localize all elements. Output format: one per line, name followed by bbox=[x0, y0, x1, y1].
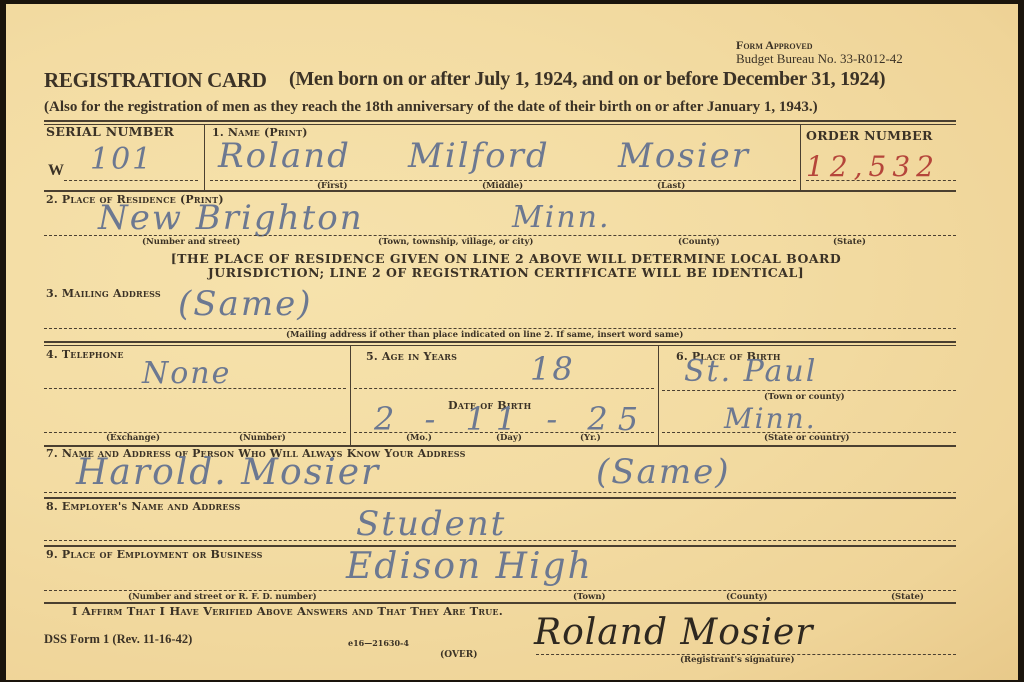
serial-number-value[interactable]: 101 bbox=[90, 142, 153, 177]
print-code: e16—21630-4 bbox=[348, 638, 409, 648]
eligibility-note: (Men born on or after July 1, 1924, and … bbox=[289, 68, 885, 91]
name-middle-value[interactable]: Milford bbox=[408, 136, 550, 176]
birth-state-value[interactable]: Minn. bbox=[724, 402, 817, 435]
serial-prefix: W bbox=[48, 162, 64, 180]
name-last-value[interactable]: Mosier bbox=[618, 136, 750, 176]
divider bbox=[800, 124, 801, 190]
serial-number-label: SERIAL NUMBER bbox=[46, 124, 174, 139]
residence-state-value[interactable]: Minn. bbox=[512, 200, 611, 235]
number-caption: (Number) bbox=[239, 433, 286, 443]
employment-underline bbox=[44, 590, 956, 591]
contact-person-note[interactable]: (Same) bbox=[596, 452, 730, 492]
employment-street-caption: (Number and street or R. F. D. number) bbox=[128, 592, 317, 602]
birth-town-caption: (Town or county) bbox=[764, 392, 845, 402]
jurisdiction-notice: [THE PLACE OF RESIDENCE GIVEN ON LINE 2 … bbox=[116, 252, 896, 280]
form-approved-block: Form Approved Budget Bureau No. 33-R012-… bbox=[736, 38, 903, 66]
divider bbox=[658, 345, 659, 445]
divider bbox=[350, 345, 351, 445]
age-label: 5. Age in Years bbox=[366, 350, 457, 363]
divider bbox=[204, 124, 205, 190]
mailing-address-value[interactable]: (Same) bbox=[178, 284, 312, 324]
registrant-signature[interactable]: Roland Mosier bbox=[534, 612, 813, 653]
form-approved-label: Form Approved bbox=[736, 38, 903, 52]
mailing-underline bbox=[44, 328, 956, 329]
day-caption: (Day) bbox=[496, 433, 522, 443]
street-caption: (Number and street) bbox=[142, 237, 240, 247]
name-first-value[interactable]: Roland bbox=[218, 136, 351, 176]
over-indicator: (OVER) bbox=[440, 650, 478, 660]
employment-county-caption: (County) bbox=[726, 592, 768, 602]
card-title: REGISTRATION CARD bbox=[44, 68, 267, 93]
telephone-value[interactable]: None bbox=[142, 356, 231, 391]
affirmation-text: I Affirm That I Have Verified Above Answ… bbox=[72, 604, 503, 618]
place-of-employment-value[interactable]: Edison High bbox=[346, 546, 593, 587]
town-caption: (Town, township, village, or city) bbox=[378, 237, 533, 247]
mailing-caption: (Mailing address if other than place ind… bbox=[286, 330, 683, 340]
budget-bureau-number: Budget Bureau No. 33-R012-42 bbox=[736, 52, 903, 66]
month-caption: (Mo.) bbox=[406, 433, 432, 443]
employer-underline bbox=[44, 540, 956, 541]
telephone-label: 4. Telephone bbox=[46, 348, 124, 361]
birth-town-underline bbox=[662, 390, 956, 391]
divider bbox=[44, 345, 956, 346]
employer-value[interactable]: Student bbox=[356, 504, 506, 544]
also-note: (Also for the registration of men as the… bbox=[44, 99, 818, 116]
exchange-caption: (Exchange) bbox=[106, 433, 160, 443]
birth-state-caption: (State or country) bbox=[764, 433, 850, 443]
order-number-label: ORDER NUMBER bbox=[806, 128, 933, 143]
serial-underline bbox=[64, 180, 198, 181]
telephone-underline bbox=[44, 388, 346, 389]
jurisdiction-notice-line1: [THE PLACE OF RESIDENCE GIVEN ON LINE 2 … bbox=[116, 252, 896, 266]
state-caption: (State) bbox=[833, 237, 866, 247]
employment-town-caption: (Town) bbox=[573, 592, 606, 602]
divider bbox=[44, 341, 956, 343]
telephone-underline-2 bbox=[44, 432, 346, 433]
contact-underline bbox=[44, 492, 956, 493]
order-underline bbox=[806, 180, 956, 181]
county-caption: (County) bbox=[678, 237, 720, 247]
mailing-address-label: 3. Mailing Address bbox=[46, 287, 161, 300]
employer-label: 8. Employer's Name and Address bbox=[46, 500, 240, 513]
registration-card: Form Approved Budget Bureau No. 33-R012-… bbox=[6, 4, 1018, 680]
order-number-value[interactable]: 12,532 bbox=[806, 150, 940, 183]
employment-state-caption: (State) bbox=[891, 592, 924, 602]
birth-town-value[interactable]: St. Paul bbox=[684, 354, 817, 389]
divider bbox=[44, 497, 956, 499]
signature-caption: (Registrant's signature) bbox=[680, 655, 794, 665]
place-of-employment-label: 9. Place of Employment or Business bbox=[46, 548, 263, 561]
form-id: DSS Form 1 (Rev. 11-16-42) bbox=[44, 632, 192, 647]
age-underline bbox=[354, 388, 654, 389]
residence-underline bbox=[44, 235, 956, 236]
divider bbox=[44, 190, 956, 192]
divider bbox=[44, 120, 956, 122]
divider bbox=[44, 124, 956, 125]
year-caption: (Yr.) bbox=[580, 433, 601, 443]
age-value[interactable]: 18 bbox=[530, 350, 575, 388]
contact-person-value[interactable]: Harold. Mosier bbox=[76, 452, 380, 493]
jurisdiction-notice-line2: JURISDICTION; LINE 2 OF REGISTRATION CER… bbox=[116, 266, 896, 280]
residence-town-value[interactable]: New Brighton bbox=[98, 198, 364, 238]
